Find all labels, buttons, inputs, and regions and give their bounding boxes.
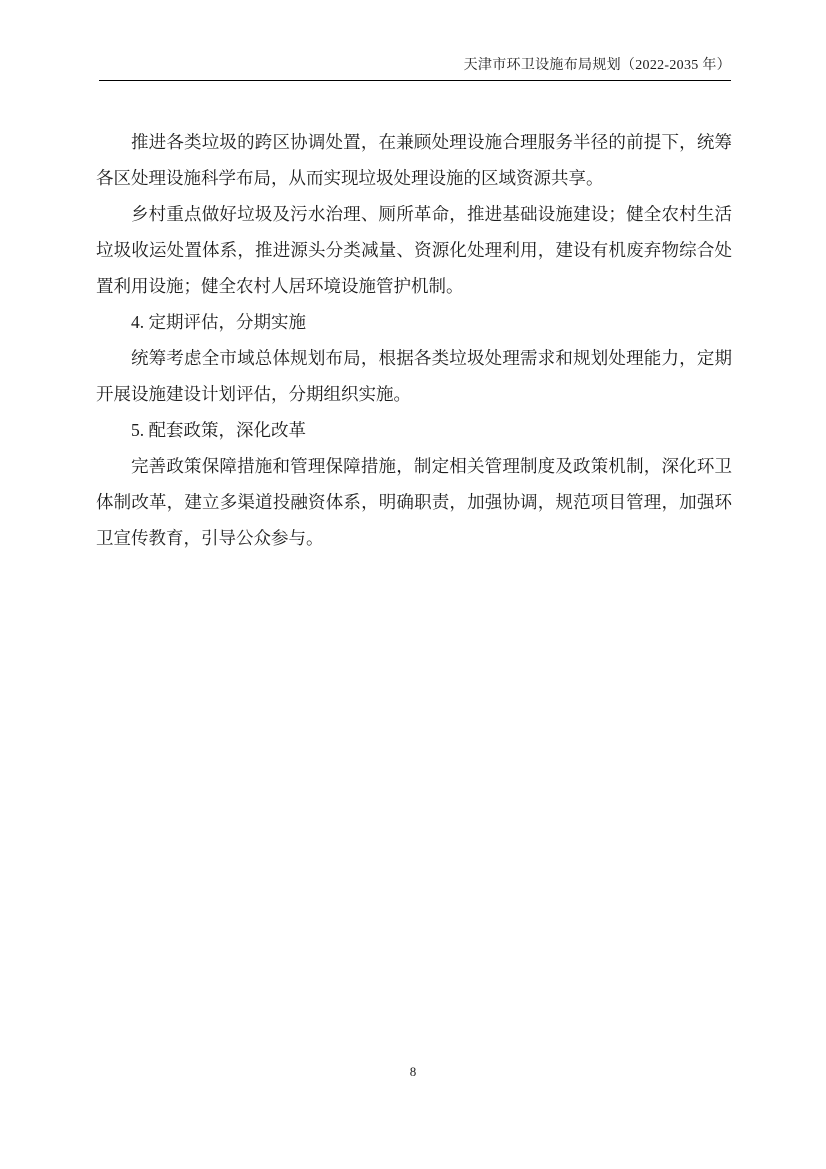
paragraph-cross-district: 推进各类垃圾的跨区协调处置，在兼顾处理设施合理服务半径的前提下，统筹各区处理设施… bbox=[96, 124, 732, 196]
page-number: 8 bbox=[410, 1064, 417, 1079]
page-footer: 8 bbox=[0, 1064, 826, 1080]
paragraph-periodic-evaluation: 统筹考虑全市域总体规划布局，根据各类垃圾处理需求和规划处理能力，定期开展设施建设… bbox=[96, 340, 732, 412]
heading-supporting-policies: 5. 配套政策，深化改革 bbox=[96, 412, 732, 448]
header-title: 天津市环卫设施布局规划（2022-2035 年） bbox=[464, 58, 731, 73]
paragraph-supporting-policies: 完善政策保障措施和管理保障措施，制定相关管理制度及政策机制，深化环卫体制改革，建… bbox=[96, 448, 732, 556]
paragraph-rural-facilities: 乡村重点做好垃圾及污水治理、厕所革命，推进基础设施建设；健全农村生活垃圾收运处置… bbox=[96, 196, 732, 304]
document-body: 推进各类垃圾的跨区协调处置，在兼顾处理设施合理服务半径的前提下，统筹各区处理设施… bbox=[96, 124, 732, 556]
document-page: 天津市环卫设施布局规划（2022-2035 年） 推进各类垃圾的跨区协调处置，在… bbox=[0, 0, 826, 1169]
heading-periodic-evaluation: 4. 定期评估，分期实施 bbox=[96, 304, 732, 340]
page-header: 天津市环卫设施布局规划（2022-2035 年） bbox=[99, 57, 731, 81]
